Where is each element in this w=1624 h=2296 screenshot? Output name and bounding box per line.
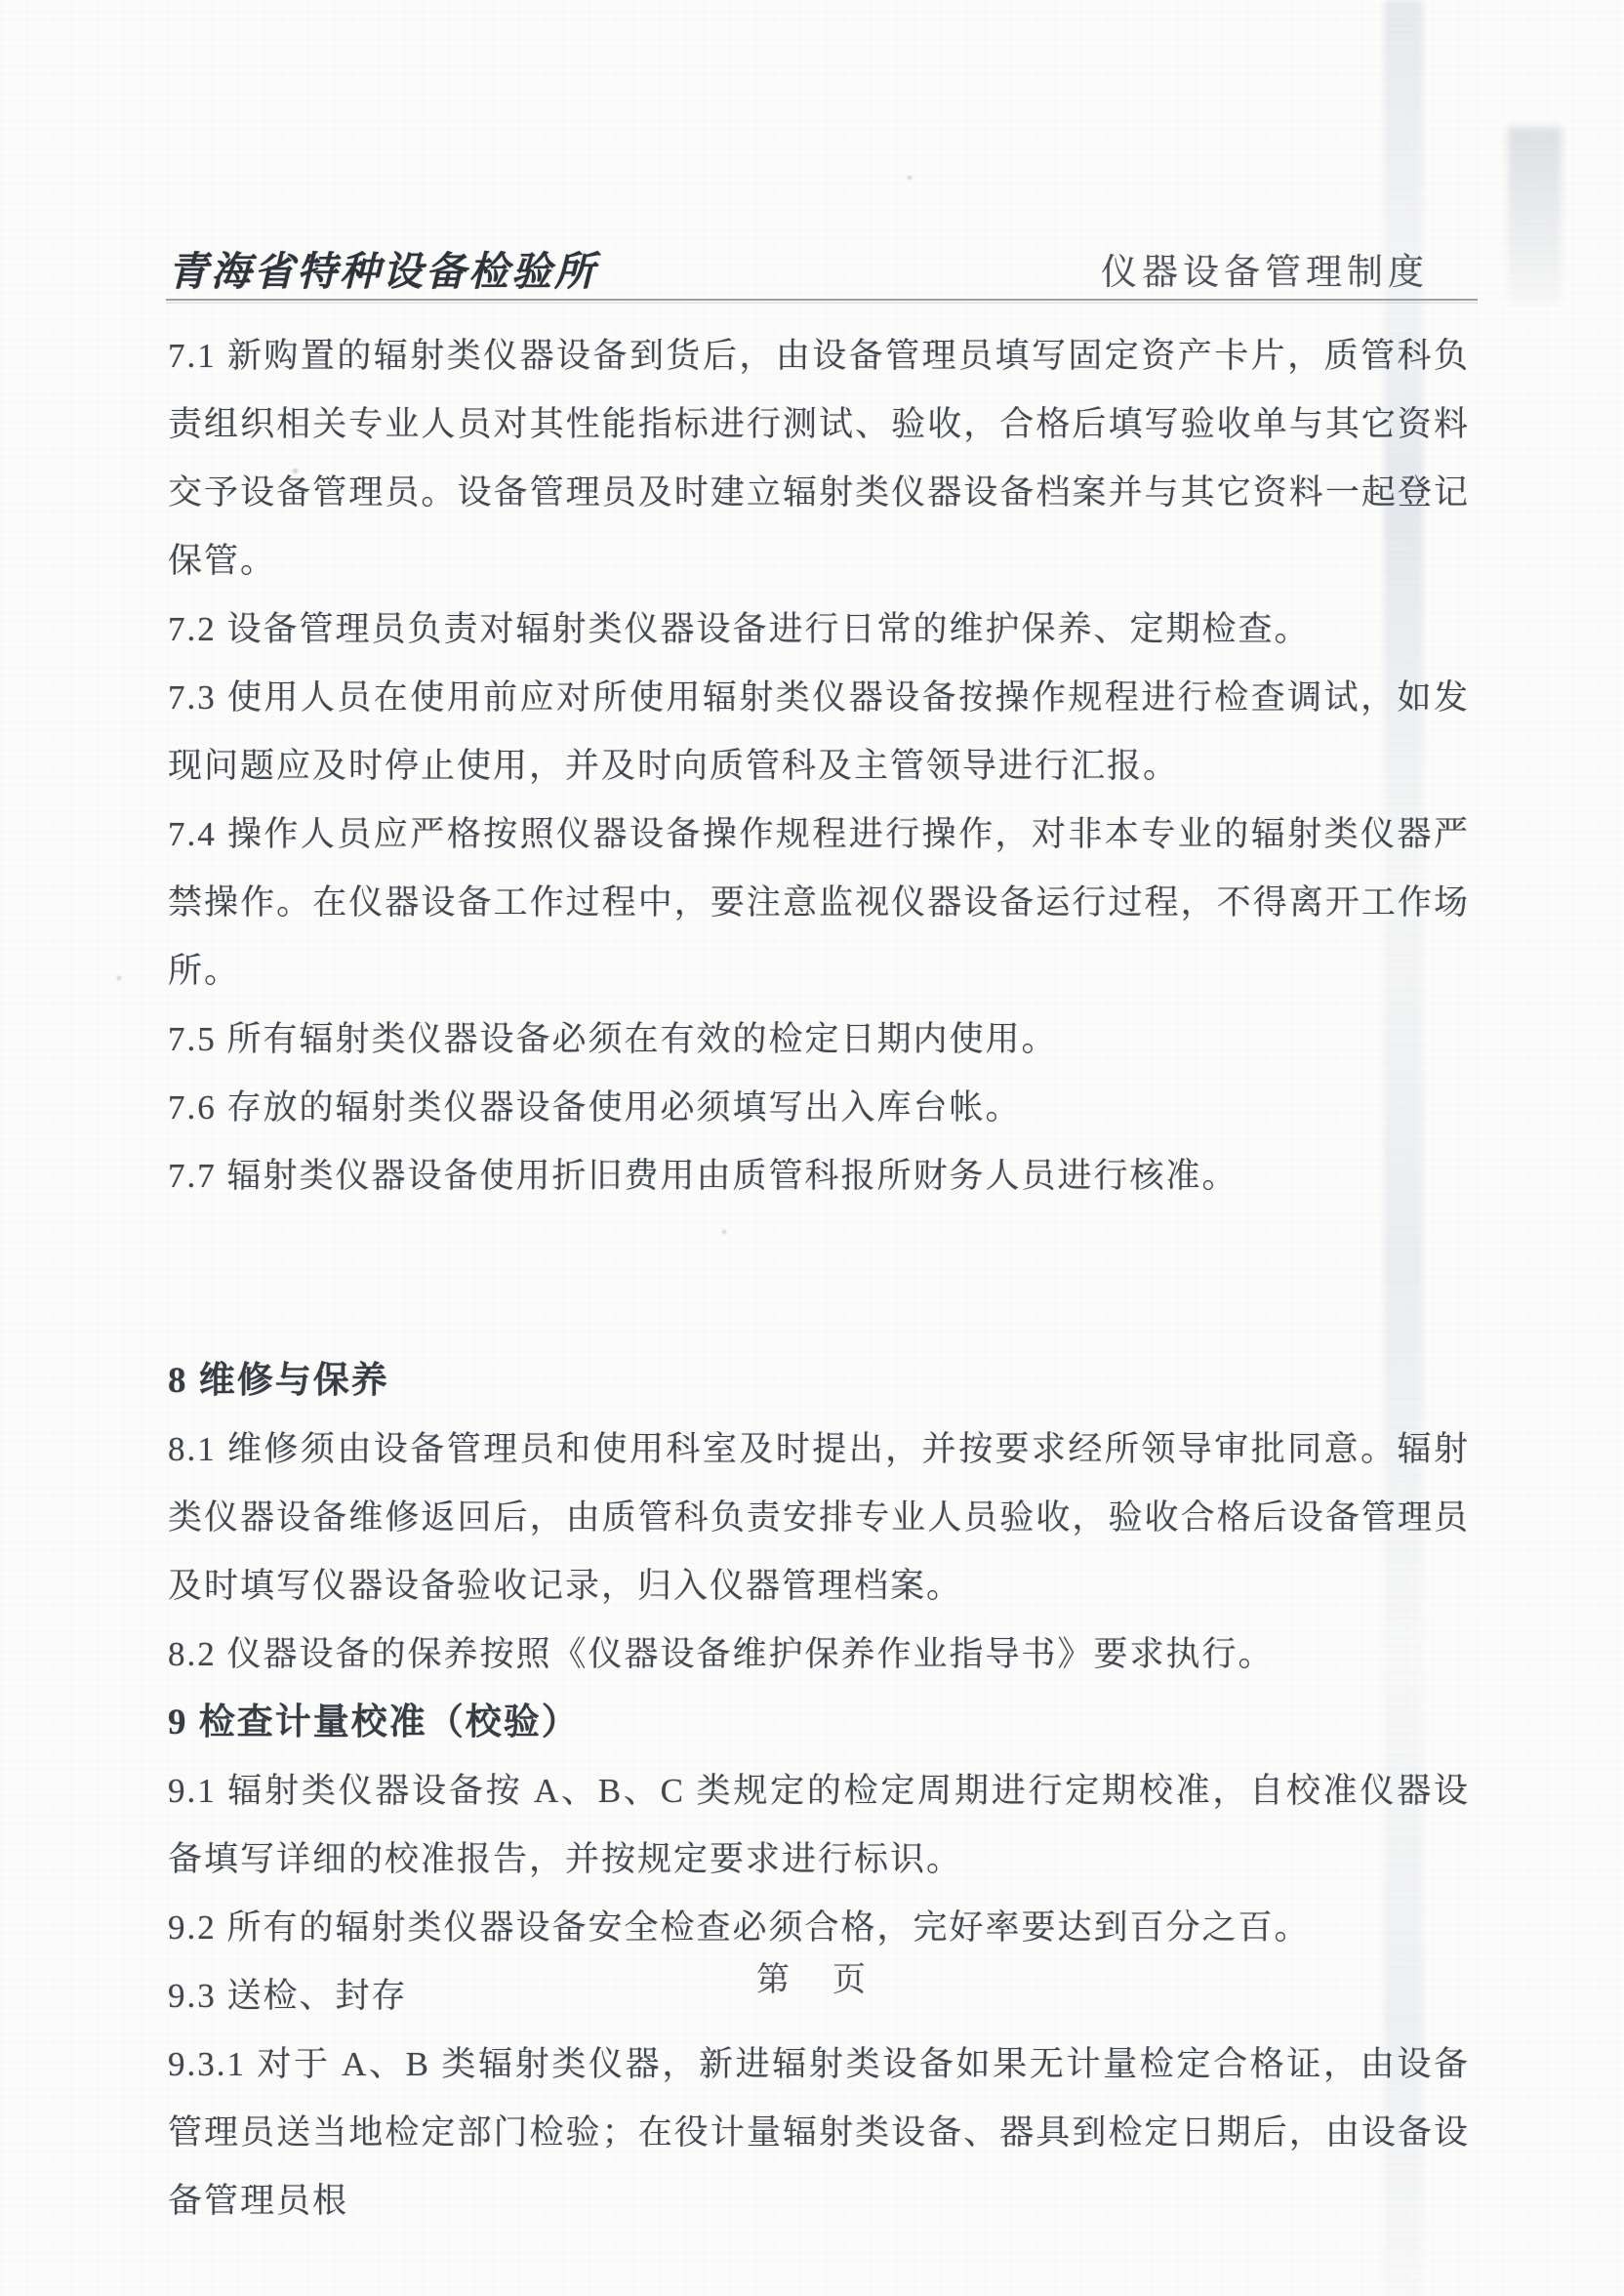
- page-footer: 第页: [0, 1952, 1624, 2000]
- clause-7-7: 7.7 辐射类仪器设备使用折旧费用由质管科报所财务人员进行核准。: [168, 1142, 1470, 1210]
- scan-artifact-corner-smudge: [1508, 127, 1562, 303]
- clause-8-2: 8.2 仪器设备的保养按照《仪器设备维护保养作业指导书》要求执行。: [168, 1620, 1470, 1689]
- clause-9-3-1: 9.3.1 对于 A、B 类辐射类仪器，新进辐射类设备如果无计量检定合格证，由设…: [168, 2030, 1470, 2235]
- document-body: 7.1 新购置的辐射类仪器设备到货后，由设备管理员填写固定资产卡片，质管科负责组…: [168, 322, 1470, 2235]
- section-heading-8: 8 维修与保养: [168, 1347, 1470, 1415]
- section-heading-9: 9 检查计量校准（校验）: [168, 1689, 1470, 1757]
- document-page: 青海省特种设备检验所 仪器设备管理制度 7.1 新购置的辐射类仪器设备到货后，由…: [0, 0, 1624, 2296]
- clause-7-4: 7.4 操作人员应严格按照仪器设备操作规程进行操作，对非本专业的辐射类仪器严禁操…: [168, 800, 1470, 1005]
- scan-speck: [117, 976, 121, 980]
- clause-7-5: 7.5 所有辐射类仪器设备必须在有效的检定日期内使用。: [168, 1005, 1470, 1074]
- header-org-title: 青海省特种设备检验所: [168, 239, 597, 297]
- clause-7-2: 7.2 设备管理员负责对辐射类仪器设备进行日常的维护保养、定期检查。: [168, 595, 1470, 664]
- footer-page-label-di: 第: [756, 1962, 792, 1998]
- clause-8-1: 8.1 维修须由设备管理员和使用科室及时提出，并按要求经所领导审批同意。辐射类仪…: [168, 1415, 1470, 1620]
- scan-speck: [908, 176, 912, 180]
- page-header: 青海省特种设备检验所 仪器设备管理制度: [168, 242, 1476, 297]
- footer-page-label-ye: 页: [832, 1962, 868, 1998]
- clause-9-1: 9.1 辐射类仪器设备按 A、B、C 类规定的检定周期进行定期校准，自校准仪器设…: [168, 1757, 1470, 1894]
- clause-7-1: 7.1 新购置的辐射类仪器设备到货后，由设备管理员填写固定资产卡片，质管科负责组…: [168, 322, 1470, 595]
- clause-7-3: 7.3 使用人员在使用前应对所使用辐射类仪器设备按操作规程进行检查调试，如发现问…: [168, 664, 1470, 800]
- header-doc-title: 仪器设备管理制度: [1101, 242, 1429, 295]
- clause-7-6: 7.6 存放的辐射类仪器设备使用必须填写出入库台帐。: [168, 1074, 1470, 1142]
- header-rule: [166, 299, 1478, 301]
